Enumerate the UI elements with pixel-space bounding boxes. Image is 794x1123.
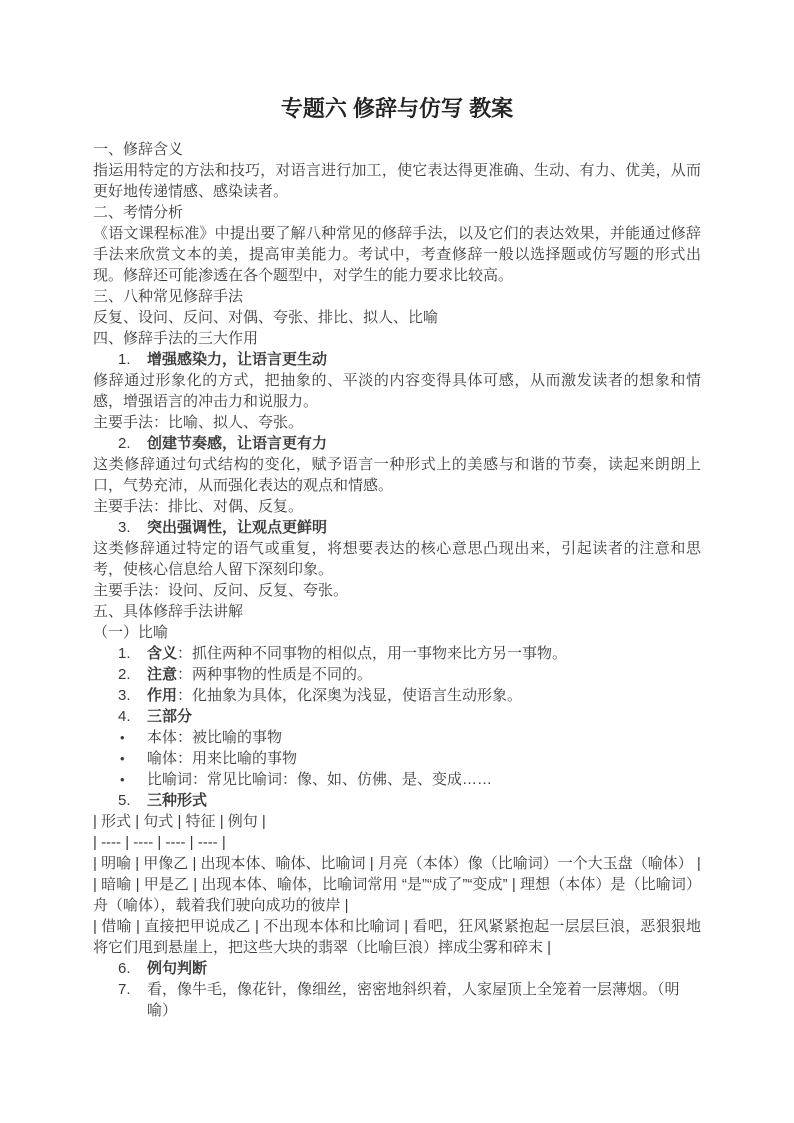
body-text: 这类修辞通过特定的语气或重复，将想要表达的核心意思凸现出来，引起读者的注意和思考… xyxy=(93,540,701,578)
numbered-list-item: 1.含义：抓住两种不同事物的相似点，用一事物来比方另一事物。 xyxy=(93,643,701,664)
list-number: 5. xyxy=(118,790,131,811)
numbered-list-item: 7.看，像牛毛，像花针，像细丝，密密地斜织着，人家屋顶上全笼着一层薄烟。（明喻） xyxy=(93,979,701,1021)
numbered-list-item: 4.三部分 xyxy=(93,706,701,727)
emphasis-text: 增强感染力，让语言更生动 xyxy=(147,351,327,368)
text-paragraph: 一、修辞含义 xyxy=(93,139,701,160)
text-paragraph: 主要手法：排比、对偶、反复。 xyxy=(93,496,701,517)
emphasis-text: 作用 xyxy=(147,687,177,704)
text-paragraph: （一）比喻 xyxy=(93,622,701,643)
numbered-list-item: 5.三种形式 xyxy=(93,790,701,811)
document-title: 专题六 修辞与仿写 教案 xyxy=(0,95,794,123)
body-text: 这类修辞通过句式结构的变化，赋予语言一种形式上的美感与和谐的节奏，读起来朗朗上口… xyxy=(93,456,701,494)
numbered-list-item: 2.创建节奏感，让语言更有力 xyxy=(93,433,701,454)
text-paragraph: 主要手法：设问、反问、反复、夸张。 xyxy=(93,580,701,601)
text-paragraph: 三、八种常见修辞手法 xyxy=(93,286,701,307)
body-text: 比喻词：常见比喻词：像、如、仿佛、是、变成…… xyxy=(147,771,492,788)
body-text: 主要手法：排比、对偶、反复。 xyxy=(93,498,303,515)
emphasis-text: 含义 xyxy=(147,645,177,662)
text-paragraph: | 暗喻 | 甲是乙 | 出现本体、喻体，比喻词常用 “是”“成了”“变成” |… xyxy=(93,874,701,916)
list-number: 3. xyxy=(118,517,131,538)
body-text: 本体：被比喻的事物 xyxy=(147,729,282,746)
body-text: 喻体：用来比喻的事物 xyxy=(147,750,297,767)
body-text: 三、八种常见修辞手法 xyxy=(93,288,243,305)
body-text: 反复、设问、反问、对偶、夸张、排比、拟人、比喻 xyxy=(93,309,438,326)
body-text: | 借喻 | 直接把甲说成乙 | 不出现本体和比喻词 | 看吧，狂风紧紧抱起一层… xyxy=(93,918,701,956)
text-paragraph: 这类修辞通过特定的语气或重复，将想要表达的核心意思凸现出来，引起读者的注意和思考… xyxy=(93,538,701,580)
text-paragraph: | 借喻 | 直接把甲说成乙 | 不出现本体和比喻词 | 看吧，狂风紧紧抱起一层… xyxy=(93,916,701,958)
body-text: （一）比喻 xyxy=(93,624,168,641)
bullet-list-item: •本体：被比喻的事物 xyxy=(93,727,701,748)
text-paragraph: 四、修辞手法的三大作用 xyxy=(93,328,701,349)
document-page: 专题六 修辞与仿写 教案 一、修辞含义指运用特定的方法和技巧，对语言进行加工，使… xyxy=(0,0,794,1123)
numbered-list-item: 2.注意：两种事物的性质是不同的。 xyxy=(93,664,701,685)
text-paragraph: 这类修辞通过句式结构的变化，赋予语言一种形式上的美感与和谐的节奏，读起来朗朗上口… xyxy=(93,454,701,496)
numbered-list-item: 3.作用：化抽象为具体，化深奥为浅显，使语言生动形象。 xyxy=(93,685,701,706)
body-text: 一、修辞含义 xyxy=(93,141,183,158)
body-text: 主要手法：比喻、拟人、夸张。 xyxy=(93,414,303,431)
text-paragraph: 《语文课程标准》中提出要了解八种常见的修辞手法，以及它们的表达效果，并能通过修辞… xyxy=(93,223,701,286)
emphasis-text: 注意 xyxy=(147,666,177,683)
emphasis-text: 突出强调性，让观点更鲜明 xyxy=(147,519,327,536)
list-number: 2. xyxy=(118,664,131,685)
body-text: 四、修辞手法的三大作用 xyxy=(93,330,258,347)
list-number: 4. xyxy=(118,706,131,727)
text-paragraph: 修辞通过形象化的方式，把抽象的、平淡的内容变得具体可感，从而激发读者的想象和情感… xyxy=(93,370,701,412)
body-text: | 明喻 | 甲像乙 | 出现本体、喻体、比喻词 | 月亮（本体）像（比喻词）一… xyxy=(93,855,701,872)
numbered-list-item: 3.突出强调性，让观点更鲜明 xyxy=(93,517,701,538)
list-number: 6. xyxy=(118,958,131,979)
body-text: ：抓住两种不同事物的相似点，用一事物来比方另一事物。 xyxy=(177,645,567,662)
list-number: 2. xyxy=(118,433,131,454)
body-text: 修辞通过形象化的方式，把抽象的、平淡的内容变得具体可感，从而激发读者的想象和情感… xyxy=(93,372,701,410)
emphasis-text: 创建节奏感，让语言更有力 xyxy=(147,435,327,452)
body-text: 主要手法：设问、反问、反复、夸张。 xyxy=(93,582,348,599)
body-text: 看，像牛毛，像花针，像细丝，密密地斜织着，人家屋顶上全笼着一层薄烟。（明喻） xyxy=(147,981,680,1019)
text-paragraph: | ---- | ---- | ---- | ---- | xyxy=(93,832,701,853)
bullet-list-item: •比喻词：常见比喻词：像、如、仿佛、是、变成…… xyxy=(93,769,701,790)
text-paragraph: 五、具体修辞手法讲解 xyxy=(93,601,701,622)
body-text: | ---- | ---- | ---- | ---- | xyxy=(93,834,226,851)
numbered-list-item: 6.例句判断 xyxy=(93,958,701,979)
text-paragraph: 主要手法：比喻、拟人、夸张。 xyxy=(93,412,701,433)
document-body: 一、修辞含义指运用特定的方法和技巧，对语言进行加工，使它表达得更准确、生动、有力… xyxy=(93,139,701,1021)
body-text: | 形式 | 句式 | 特征 | 例句 | xyxy=(93,813,266,830)
emphasis-text: 三部分 xyxy=(147,708,192,725)
text-paragraph: 二、考情分析 xyxy=(93,202,701,223)
body-text: ：化抽象为具体，化深奥为浅显，使语言生动形象。 xyxy=(177,687,522,704)
bullet-marker: • xyxy=(120,748,125,769)
body-text: 《语文课程标准》中提出要了解八种常见的修辞手法，以及它们的表达效果，并能通过修辞… xyxy=(93,225,701,284)
bullet-marker: • xyxy=(120,727,125,748)
numbered-list-item: 1.增强感染力，让语言更生动 xyxy=(93,349,701,370)
text-paragraph: | 形式 | 句式 | 特征 | 例句 | xyxy=(93,811,701,832)
text-paragraph: | 明喻 | 甲像乙 | 出现本体、喻体、比喻词 | 月亮（本体）像（比喻词）一… xyxy=(93,853,701,874)
text-paragraph: 反复、设问、反问、对偶、夸张、排比、拟人、比喻 xyxy=(93,307,701,328)
body-text: ：两种事物的性质是不同的。 xyxy=(177,666,372,683)
text-paragraph: 指运用特定的方法和技巧，对语言进行加工，使它表达得更准确、生动、有力、优美，从而… xyxy=(93,160,701,202)
bullet-marker: • xyxy=(120,769,125,790)
bullet-list-item: •喻体：用来比喻的事物 xyxy=(93,748,701,769)
body-text: 五、具体修辞手法讲解 xyxy=(93,603,243,620)
list-number: 1. xyxy=(118,643,131,664)
body-text: | 暗喻 | 甲是乙 | 出现本体、喻体，比喻词常用 “是”“成了”“变成” |… xyxy=(93,876,701,914)
emphasis-text: 三种形式 xyxy=(147,792,207,809)
body-text: 二、考情分析 xyxy=(93,204,183,221)
body-text: 指运用特定的方法和技巧，对语言进行加工，使它表达得更准确、生动、有力、优美，从而… xyxy=(93,162,701,200)
emphasis-text: 例句判断 xyxy=(147,960,207,977)
list-number: 7. xyxy=(118,979,131,1000)
list-number: 1. xyxy=(118,349,131,370)
list-number: 3. xyxy=(118,685,131,706)
